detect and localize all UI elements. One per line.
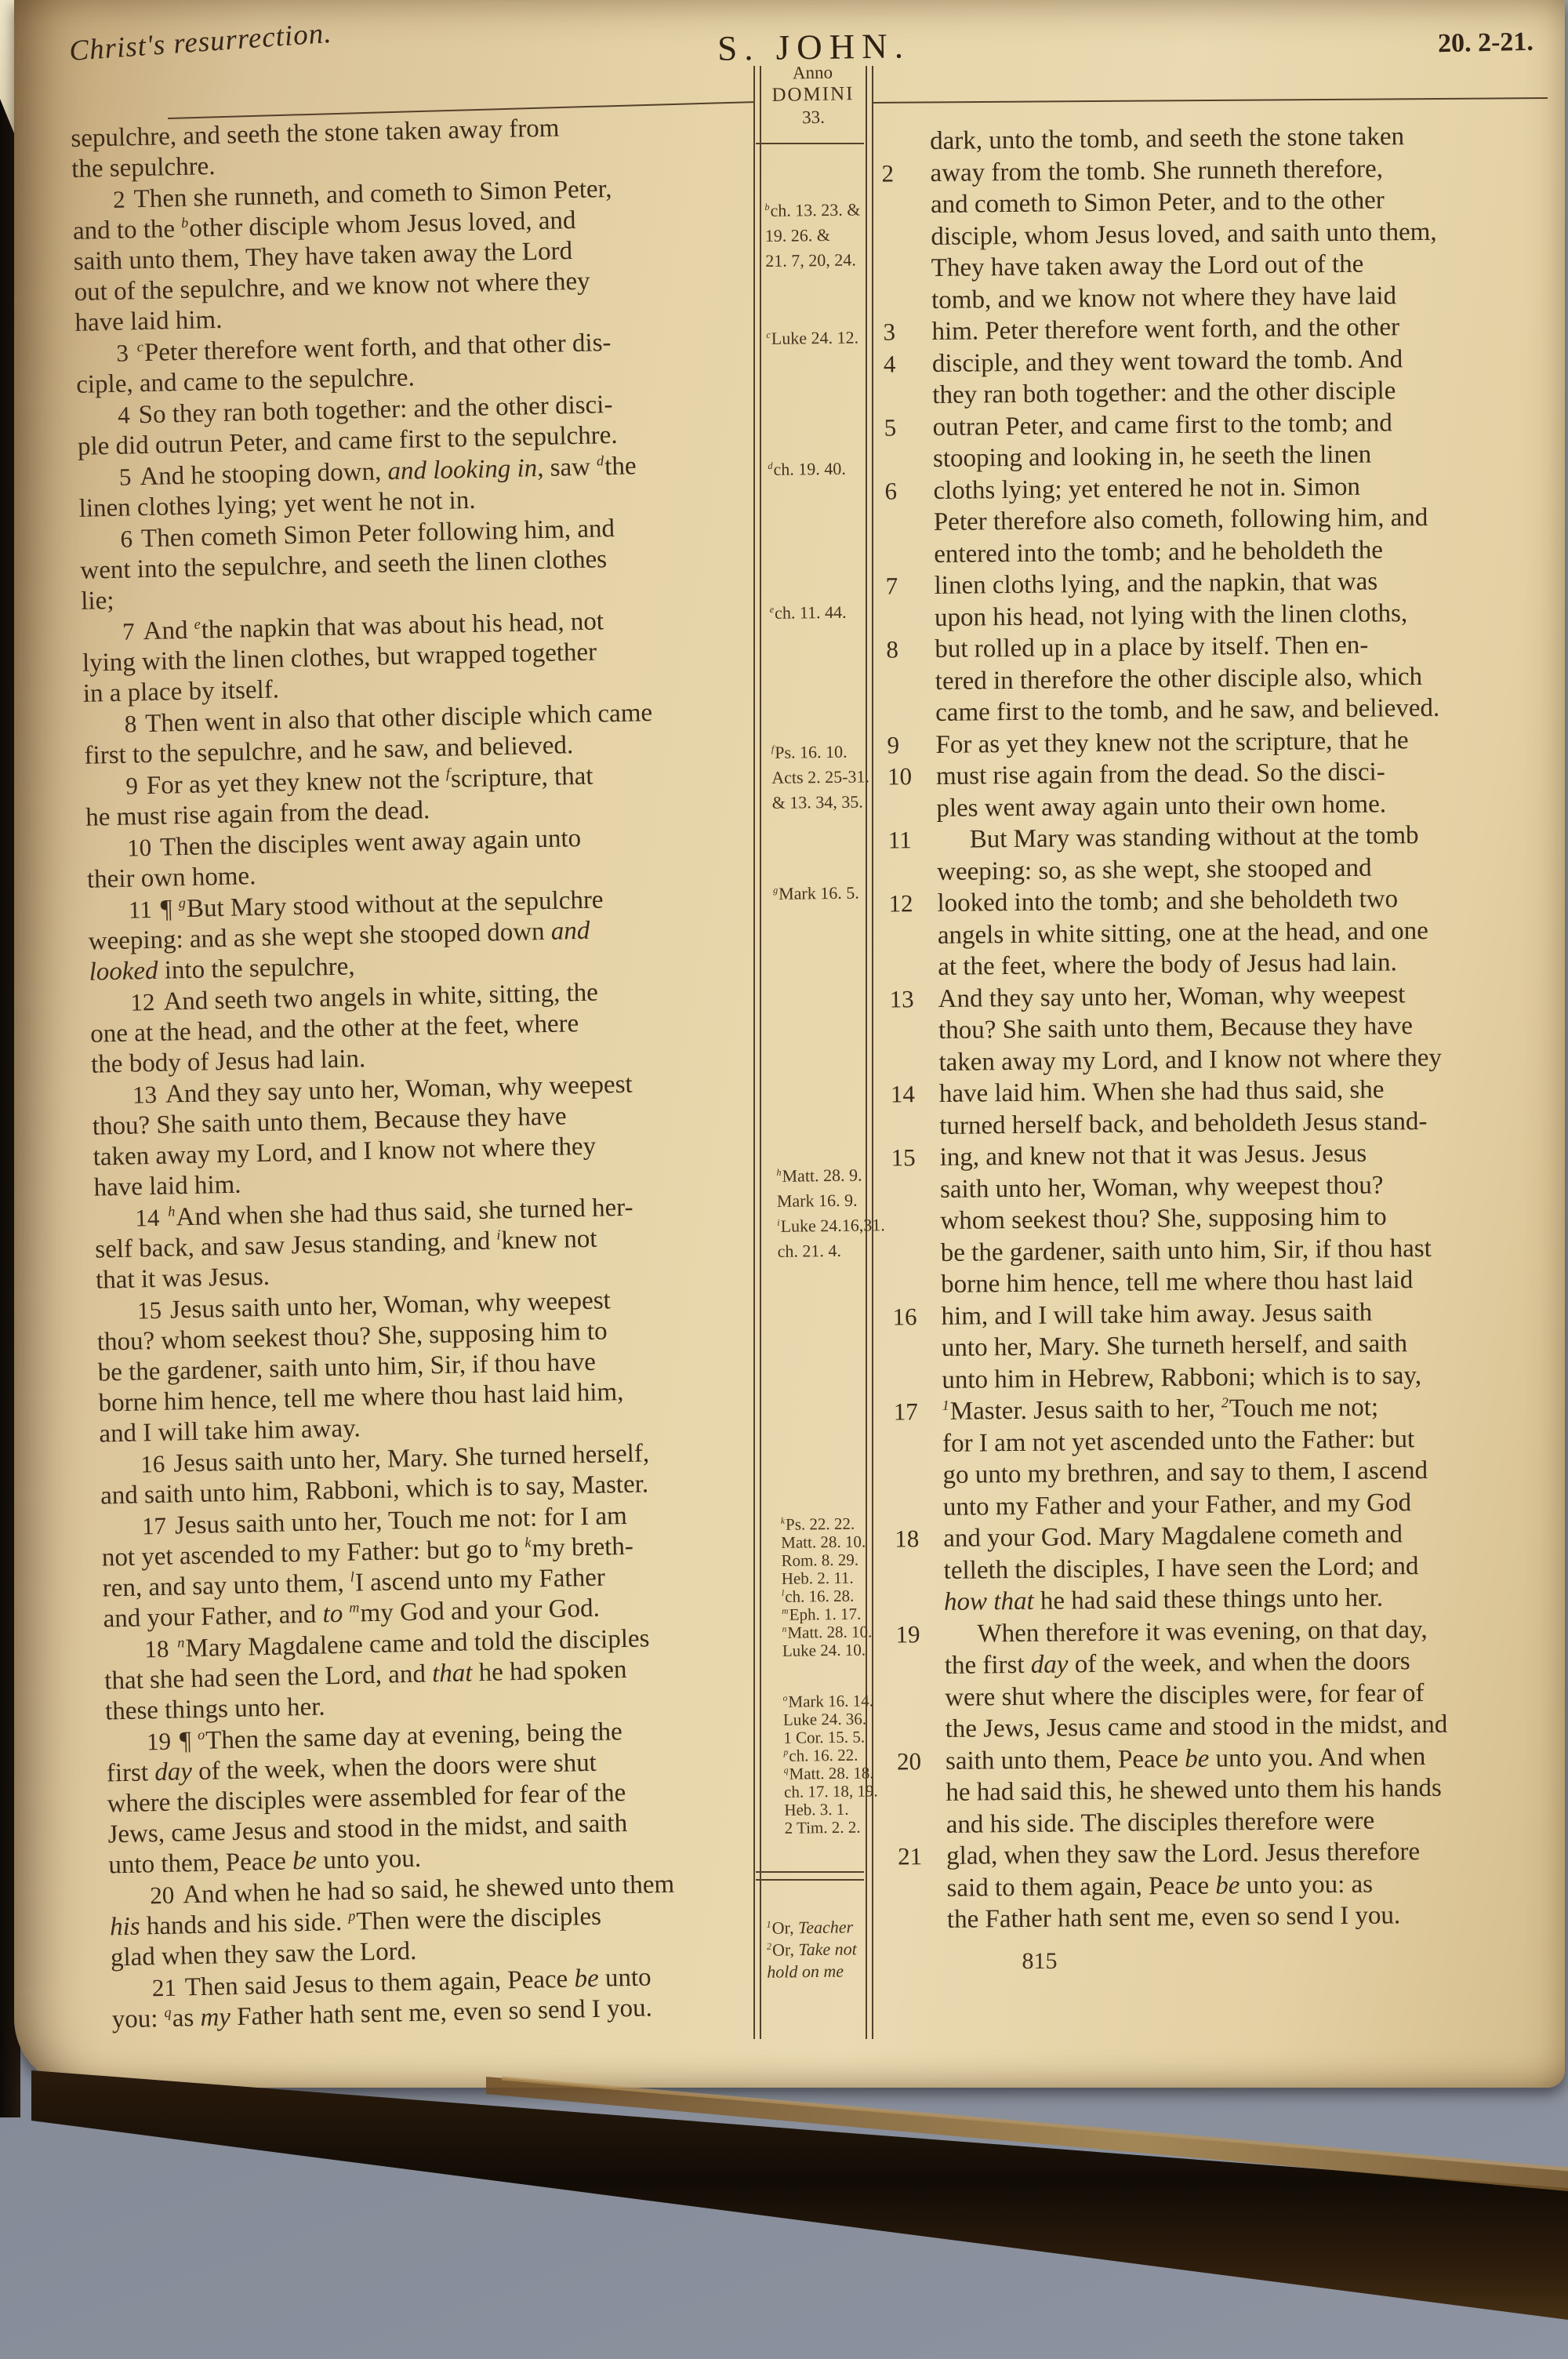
cross-reference-line: oMark 16. 14. [783, 1692, 877, 1710]
cross-reference-line: bch. 13. 23. & [764, 198, 860, 224]
cross-reference-line: hMatt. 28. 9. [776, 1162, 884, 1189]
reference-mark: c [137, 339, 143, 354]
verse-number: 16 [140, 1448, 165, 1480]
cross-reference-group: cLuke 24. 12. [766, 325, 858, 351]
cross-reference-group: ech. 11. 44. [770, 600, 847, 626]
cross-reference-group: fPs. 16. 10.Acts 2. 25-31.& 13. 34, 35. [771, 739, 870, 816]
verse-number [894, 1459, 938, 1460]
verse-number: 4 [118, 399, 130, 430]
cross-reference-group: kPs. 22. 22.Matt. 28. 10.Rom. 8. 29.Heb.… [781, 1514, 873, 1659]
revised-version-text-column: dark, unto the tomb, and seeth the stone… [930, 119, 1568, 1936]
cross-reference-line: 1 Cor. 15. 5. [783, 1728, 877, 1747]
cross-reference-line: 21. 7, 20, 24. [765, 247, 861, 273]
verse-number [885, 539, 929, 540]
verse-number: 18 [144, 1634, 169, 1665]
verse-number: 4 [884, 348, 927, 380]
cross-reference-group: dch. 19. 40. [768, 456, 846, 482]
cross-reference-line: dch. 19. 40. [768, 456, 846, 482]
verse-number: 3 [116, 337, 129, 368]
cross-reference-line: Luke 24. 36. [783, 1710, 877, 1728]
verse-number: 2 [881, 158, 925, 190]
reference-mark: i [777, 1217, 780, 1228]
reference-mark: p [348, 1908, 356, 1924]
reference-mark: 1 [942, 1398, 949, 1413]
verse-number: 9 [887, 729, 931, 761]
footnote-line: 2Or, Take not [767, 1938, 869, 1961]
verse-number [889, 951, 933, 952]
verse-number: 7 [122, 616, 135, 646]
verse-number: 20 [150, 1880, 175, 1911]
verse-number [892, 1237, 936, 1238]
cross-reference-line: qMatt. 28. 18. [784, 1764, 878, 1783]
verse-number: 13 [889, 983, 933, 1016]
verse-number [896, 1714, 940, 1714]
reference-mark: h [776, 1166, 781, 1177]
cross-reference-group: oMark 16. 14.Luke 24. 36.1 Cor. 15. 5.pc… [783, 1692, 879, 1837]
cross-reference-line: Luke 24. 10. [782, 1641, 873, 1659]
reference-mark: n [177, 1634, 185, 1650]
verse-number: 10 [887, 761, 931, 793]
reference-mark: h [168, 1203, 176, 1219]
verse-number: 18 [895, 1523, 938, 1555]
footnote-line: 1Or, Teacher [766, 1916, 868, 1939]
running-head-left: Christ's resurrection. [68, 16, 333, 68]
verse-number: 17 [142, 1510, 167, 1542]
verse-number: 15 [891, 1142, 935, 1174]
cross-reference-group: hMatt. 28. 9.Mark 16. 9.iLuke 24.16,31.c… [776, 1162, 885, 1264]
footnote-rule [756, 1871, 864, 1873]
cross-reference-line: lch. 16. 28. [782, 1587, 872, 1605]
verse-number: 20 [897, 1745, 941, 1777]
cross-reference-line: Matt. 28. 10. [781, 1532, 871, 1551]
footnote-line: hold on me [767, 1960, 869, 1983]
verse-number: 5 [884, 412, 928, 444]
verse-number: 13 [132, 1079, 158, 1110]
verse-number: 2 [113, 184, 125, 215]
reference-mark: k [524, 1535, 531, 1550]
cross-reference-line: ech. 11. 44. [770, 600, 847, 626]
cross-reference-group: bch. 13. 23. &19. 26. &21. 7, 20, 24. [764, 198, 861, 274]
verse-number: 6 [120, 523, 132, 554]
reference-mark: f [446, 765, 450, 781]
reference-mark: e [194, 616, 200, 632]
header-rule-right [873, 97, 1548, 104]
verse-number: 21 [898, 1841, 942, 1873]
verse-number: 14 [891, 1078, 935, 1110]
verse-number [881, 125, 925, 126]
verse-number: 15 [137, 1295, 162, 1326]
verse-number: 16 [892, 1300, 936, 1332]
reference-mark: m [782, 1607, 788, 1616]
verse-number: 12 [888, 888, 932, 920]
cross-reference-line: 2 Tim. 2. 2. [785, 1818, 879, 1837]
cross-reference-line: iLuke 24.16,31. [777, 1212, 885, 1239]
reference-mark: d [768, 460, 772, 471]
bible-page: Christ's resurrection. S. JOHN. 20. 2-21… [14, 0, 1565, 2088]
cross-reference-line: Heb. 3. 1. [784, 1800, 878, 1819]
reference-mark: l [782, 1589, 784, 1598]
verse-number [893, 1364, 937, 1365]
verse-number [891, 1205, 935, 1206]
reference-mark: b [181, 215, 189, 231]
verse-number [883, 285, 927, 285]
verse-number: 11 [128, 894, 152, 925]
cross-reference-line: fPs. 16. 10. [771, 739, 869, 765]
reference-mark: m [349, 1599, 360, 1615]
verse-number: 9 [125, 770, 138, 801]
reference-mark: o [783, 1694, 788, 1703]
reference-mark: g [773, 885, 778, 896]
cross-reference-line: & 13. 34, 35. [771, 789, 869, 816]
verse-number [898, 1904, 942, 1905]
cross-reference-line: pch. 16. 22. [783, 1746, 877, 1765]
reference-mark: q [784, 1766, 789, 1776]
verse-number: 6 [884, 475, 928, 507]
reference-mark: 1 [767, 1918, 771, 1929]
verse-number [892, 1269, 936, 1270]
reference-mark: g [179, 895, 187, 911]
book-edge-band [31, 2070, 1568, 2320]
cross-reference-group: gMark 16. 5. [773, 881, 859, 907]
gilt-page-edge [486, 2077, 1568, 2191]
anno-line: Anno [757, 62, 868, 84]
reference-mark: o [198, 1727, 205, 1743]
reference-mark: b [764, 202, 769, 213]
anno-line: DOMINI [757, 82, 869, 107]
cross-reference-line: ch. 21. 4. [777, 1238, 885, 1264]
page-number: 815 [993, 1948, 1087, 1975]
verse-number: 7 [885, 570, 929, 602]
verse-number: 14 [135, 1202, 160, 1234]
reference-mark: d [597, 453, 604, 468]
reference-mark: n [782, 1625, 786, 1634]
reference-mark: 2 [1221, 1394, 1229, 1410]
running-head-chapter-verses: 20. 2-21. [1438, 27, 1534, 60]
reference-mark: e [770, 604, 775, 615]
rv-text-line: the Father hath sent me, even so send I … [947, 1898, 1568, 1936]
cross-reference-line: kPs. 22. 22. [781, 1514, 871, 1533]
reference-mark: f [771, 743, 775, 754]
cross-reference-line: Rom. 8. 29. [781, 1550, 871, 1569]
reference-mark: q [164, 2005, 172, 2020]
verse-number [895, 1491, 938, 1492]
kjv-text-column: sepulchre, and seeth the stone taken awa… [71, 109, 793, 2035]
reference-mark: l [350, 1569, 354, 1585]
cross-reference-line: mEph. 1. 17. [782, 1605, 872, 1623]
verse-number: 8 [886, 634, 930, 666]
verse-number: 11 [888, 824, 932, 856]
cross-reference-line: cLuke 24. 12. [766, 325, 858, 351]
verse-number: 5 [118, 461, 131, 492]
footnote-rule [756, 1879, 864, 1881]
verse-number [896, 1681, 940, 1682]
reference-mark: c [766, 329, 771, 340]
cross-reference-line: 19. 26. & [765, 223, 861, 249]
cross-reference-line: Acts 2. 25-31. [771, 764, 869, 791]
verse-number [887, 697, 931, 698]
cross-reference-line: Mark 16. 9. [777, 1187, 885, 1214]
verse-number: 19 [895, 1618, 939, 1650]
scanned-book-page: Christ's resurrection. S. JOHN. 20. 2-21… [0, 0, 1568, 2359]
verse-number [895, 1587, 939, 1587]
reference-mark: k [781, 1517, 785, 1526]
cross-reference-line: nMatt. 28. 10. [782, 1623, 872, 1641]
verse-number [882, 221, 926, 222]
marginal-footnotes: 1Or, Teacher2Or, Take nothold on me [766, 1916, 869, 1983]
verse-number [890, 1047, 934, 1048]
verse-number: 12 [130, 987, 155, 1018]
verse-number: 3 [883, 316, 927, 348]
reference-mark: p [783, 1748, 788, 1757]
verse-number: 19 [147, 1726, 172, 1757]
cross-reference-line: gMark 16. 5. [773, 881, 859, 907]
verse-number: 17 [894, 1396, 938, 1428]
verse-number: 21 [151, 1972, 176, 2004]
cross-reference-line: Heb. 2. 11. [782, 1568, 872, 1587]
reference-mark: 2 [767, 1940, 771, 1951]
gilt-highlight [502, 2078, 1568, 2169]
verse-number: 8 [124, 708, 136, 739]
reference-mark: i [496, 1227, 500, 1242]
verse-number [883, 253, 927, 253]
verse-number [898, 1808, 942, 1809]
cross-reference-line: ch. 17. 18, 19. [784, 1782, 878, 1801]
verse-number: 10 [127, 832, 152, 863]
